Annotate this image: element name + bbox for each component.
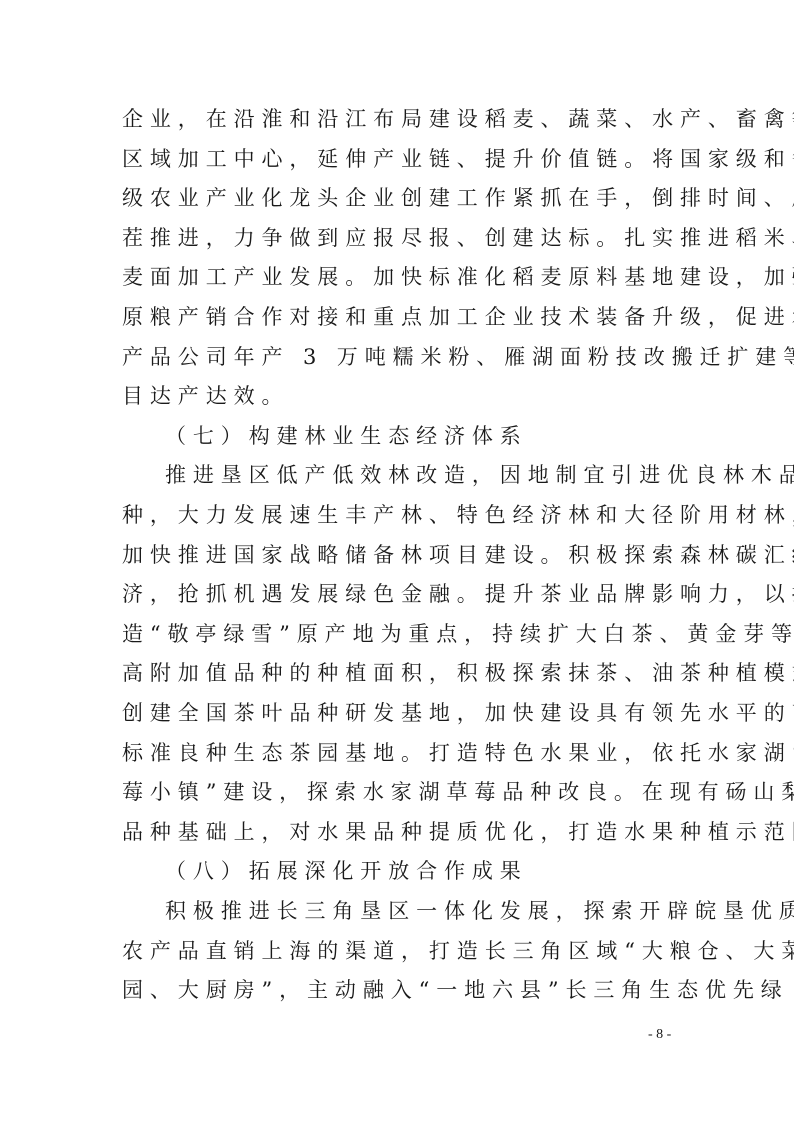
paragraph-line: 积极推进长三角垦区一体化发展，探索开辟皖垦优质 [165,896,725,926]
paragraph-line: 种，大力发展速生丰产林、特色经济林和大径阶用材林， [122,500,682,530]
document-page: 企业，在沿淮和沿江布局建设稻麦、蔬菜、水产、畜禽等 区域加工中心，延伸产业链、提… [0,0,794,1123]
section-heading-8: （八）拓展深化开放合作成果 [165,856,725,886]
paragraph-line: 造“敬亭绿雪”原产地为重点，持续扩大白茶、黄金芽等 [122,619,682,649]
page-number: - 8 - [648,1027,671,1043]
paragraph-line: 莓小镇”建设，探索水家湖草莓品种改良。在现有砀山梨 [122,777,682,807]
paragraph-line: 目达产达效。 [122,381,682,411]
paragraph-line: 园、大厨房”，主动融入“一地六县”长三角生态优先绿 [122,975,682,1005]
paragraph-line: 济，抢抓机遇发展绿色金融。提升茶业品牌影响力，以打 [122,579,682,609]
paragraph-line: 推进垦区低产低效林改造，因地制宜引进优良林木品 [165,460,725,490]
paragraph-line: 麦面加工产业发展。加快标准化稻麦原料基地建设，加强 [122,262,682,292]
paragraph-line: 区域加工中心，延伸产业链、提升价值链。将国家级和省 [122,144,682,174]
paragraph-line: 企业，在沿淮和沿江布局建设稻麦、蔬菜、水产、畜禽等 [122,104,682,134]
section-heading-7: （七）构建林业生态经济体系 [165,421,725,451]
paragraph-line: 标准良种生态茶园基地。打造特色水果业，依托水家湖“草 [122,738,682,768]
paragraph-line: 茬推进，力争做到应报尽报、创建达标。扎实推进稻米、 [122,223,682,253]
paragraph-line: 产品公司年产 3 万吨糯米粉、雁湖面粉技改搬迁扩建等项 [122,342,682,372]
paragraph-line: 加快推进国家战略储备林项目建设。积极探索森林碳汇经 [122,540,682,570]
paragraph-line: 原粮产销合作对接和重点加工企业技术装备升级，促进农 [122,302,682,332]
paragraph-line: 级农业产业化龙头企业创建工作紧抓在手，倒排时间、压 [122,183,682,213]
paragraph-line: 品种基础上，对水果品种提质优化，打造水果种植示范园。 [122,817,682,847]
paragraph-line: 创建全国茶叶品种研发基地，加快建设具有领先水平的高 [122,698,682,728]
paragraph-line: 高附加值品种的种植面积，积极探索抹茶、油茶种植模式， [122,658,682,688]
paragraph-line: 农产品直销上海的渠道，打造长三角区域“大粮仓、大菜 [122,936,682,966]
